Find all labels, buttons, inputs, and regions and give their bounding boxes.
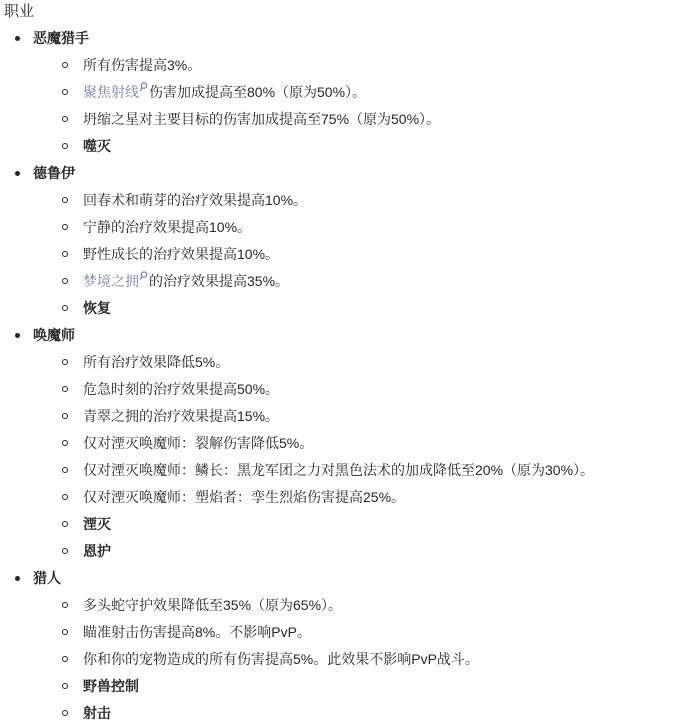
- circle-bullet-icon: [62, 629, 68, 635]
- class-name: 唤魔师: [33, 327, 75, 343]
- change-item: 仅对湮灭唤魔师：塑焰者：孪生烈焰伤害提高25%。: [33, 489, 686, 506]
- class-section: 德鲁伊回春术和萌芽的治疗效果提高10%。宁静的治疗效果提高10%。野性成长的治疗…: [0, 165, 686, 317]
- change-text: 瞄准射击伤害提高8%。不影响PvP。: [83, 624, 311, 640]
- spell-link-label[interactable]: 梦境之拥: [83, 273, 139, 289]
- circle-bullet-icon: [62, 413, 68, 419]
- class-name: 猎人: [33, 570, 61, 586]
- disc-bullet-icon: [15, 576, 20, 581]
- change-item: 噬灭: [33, 138, 686, 155]
- change-item: 恢复: [33, 300, 686, 317]
- circle-bullet-icon: [62, 440, 68, 446]
- change-item: 恩护: [33, 543, 686, 560]
- spec-name: 湮灭: [83, 516, 111, 532]
- change-text: 仅对湮灭唤魔师：塑焰者：孪生烈焰伤害提高25%。: [83, 489, 405, 505]
- magnifier-icon[interactable]: [139, 82, 148, 92]
- circle-bullet-icon: [62, 602, 68, 608]
- circle-bullet-icon: [62, 359, 68, 365]
- change-text: 你和你的宠物造成的所有伤害提高5%。此效果不影响PvP战斗。: [83, 651, 479, 667]
- change-item: 聚焦射线伤害加成提高至80%（原为50%）。: [33, 84, 686, 101]
- change-text: 伤害加成提高至80%（原为50%）。: [149, 84, 366, 100]
- circle-bullet-icon: [62, 62, 68, 68]
- change-item: 危急时刻的治疗效果提高50%。: [33, 381, 686, 398]
- change-list: 多头蛇守护效果降低至35%（原为65%）。瞄准射击伤害提高8%。不影响PvP。你…: [33, 597, 686, 720]
- change-item: 你和你的宠物造成的所有伤害提高5%。此效果不影响PvP战斗。: [33, 651, 686, 668]
- circle-bullet-icon: [62, 710, 68, 716]
- class-section: 恶魔猎手所有伤害提高3%。聚焦射线伤害加成提高至80%（原为50%）。坍缩之星对…: [0, 30, 686, 155]
- change-text: 青翠之拥的治疗效果提高15%。: [83, 408, 279, 424]
- change-item: 所有伤害提高3%。: [33, 57, 686, 74]
- class-name: 德鲁伊: [33, 165, 75, 181]
- change-list: 所有治疗效果降低5%。危急时刻的治疗效果提高50%。青翠之拥的治疗效果提高15%…: [33, 354, 686, 560]
- circle-bullet-icon: [62, 116, 68, 122]
- change-text: 宁静的治疗效果提高10%。: [83, 219, 251, 235]
- page-title: 职业: [4, 3, 686, 21]
- change-text: 仅对湮灭唤魔师：鳞长：黑龙军团之力对黑色法术的加成降低至20%（原为30%）。: [83, 462, 594, 478]
- change-item: 野兽控制: [33, 678, 686, 695]
- spec-name: 射击: [83, 705, 111, 720]
- class-name: 恶魔猎手: [33, 30, 89, 46]
- circle-bullet-icon: [62, 494, 68, 500]
- disc-bullet-icon: [15, 36, 20, 41]
- change-text: 野性成长的治疗效果提高10%。: [83, 246, 279, 262]
- change-item: 回春术和萌芽的治疗效果提高10%。: [33, 192, 686, 209]
- change-text: 所有治疗效果降低5%。: [83, 354, 229, 370]
- change-list: 所有伤害提高3%。聚焦射线伤害加成提高至80%（原为50%）。坍缩之星对主要目标…: [33, 57, 686, 155]
- spec-name: 恢复: [83, 300, 111, 316]
- circle-bullet-icon: [62, 683, 68, 689]
- change-text: 的治疗效果提高35%。: [149, 273, 289, 289]
- change-item: 射击: [33, 705, 686, 720]
- class-list: 恶魔猎手所有伤害提高3%。聚焦射线伤害加成提高至80%（原为50%）。坍缩之星对…: [0, 30, 686, 720]
- change-item: 湮灭: [33, 516, 686, 533]
- change-item: 梦境之拥的治疗效果提高35%。: [33, 273, 686, 290]
- spec-name: 噬灭: [83, 138, 111, 154]
- spec-name: 野兽控制: [83, 678, 139, 694]
- disc-bullet-icon: [15, 333, 20, 338]
- spell-link[interactable]: 梦境之拥: [83, 273, 149, 289]
- disc-bullet-icon: [15, 171, 20, 176]
- circle-bullet-icon: [62, 278, 68, 284]
- change-item: 多头蛇守护效果降低至35%（原为65%）。: [33, 597, 686, 614]
- change-item: 野性成长的治疗效果提高10%。: [33, 246, 686, 263]
- change-text: 回春术和萌芽的治疗效果提高10%。: [83, 192, 307, 208]
- circle-bullet-icon: [62, 521, 68, 527]
- change-item: 宁静的治疗效果提高10%。: [33, 219, 686, 236]
- circle-bullet-icon: [62, 224, 68, 230]
- spell-link[interactable]: 聚焦射线: [83, 84, 149, 100]
- circle-bullet-icon: [62, 548, 68, 554]
- circle-bullet-icon: [62, 89, 68, 95]
- change-text: 仅对湮灭唤魔师：裂解伤害降低5%。: [83, 435, 313, 451]
- circle-bullet-icon: [62, 197, 68, 203]
- circle-bullet-icon: [62, 386, 68, 392]
- change-item: 仅对湮灭唤魔师：裂解伤害降低5%。: [33, 435, 686, 452]
- change-text: 多头蛇守护效果降低至35%（原为65%）。: [83, 597, 342, 613]
- change-text: 危急时刻的治疗效果提高50%。: [83, 381, 279, 397]
- change-list: 回春术和萌芽的治疗效果提高10%。宁静的治疗效果提高10%。野性成长的治疗效果提…: [33, 192, 686, 317]
- class-section: 唤魔师所有治疗效果降低5%。危急时刻的治疗效果提高50%。青翠之拥的治疗效果提高…: [0, 327, 686, 560]
- change-item: 所有治疗效果降低5%。: [33, 354, 686, 371]
- magnifier-icon[interactable]: [139, 271, 148, 281]
- circle-bullet-icon: [62, 305, 68, 311]
- class-section: 猎人多头蛇守护效果降低至35%（原为65%）。瞄准射击伤害提高8%。不影响PvP…: [0, 570, 686, 720]
- change-text: 所有伤害提高3%。: [83, 57, 201, 73]
- spec-name: 恩护: [83, 543, 111, 559]
- circle-bullet-icon: [62, 656, 68, 662]
- circle-bullet-icon: [62, 467, 68, 473]
- circle-bullet-icon: [62, 251, 68, 257]
- spell-link-label[interactable]: 聚焦射线: [83, 84, 139, 100]
- change-text: 坍缩之星对主要目标的伤害加成提高至75%（原为50%）。: [83, 111, 440, 127]
- change-item: 青翠之拥的治疗效果提高15%。: [33, 408, 686, 425]
- circle-bullet-icon: [62, 143, 68, 149]
- change-item: 仅对湮灭唤魔师：鳞长：黑龙军团之力对黑色法术的加成降低至20%（原为30%）。: [33, 462, 686, 479]
- change-item: 瞄准射击伤害提高8%。不影响PvP。: [33, 624, 686, 641]
- change-item: 坍缩之星对主要目标的伤害加成提高至75%（原为50%）。: [33, 111, 686, 128]
